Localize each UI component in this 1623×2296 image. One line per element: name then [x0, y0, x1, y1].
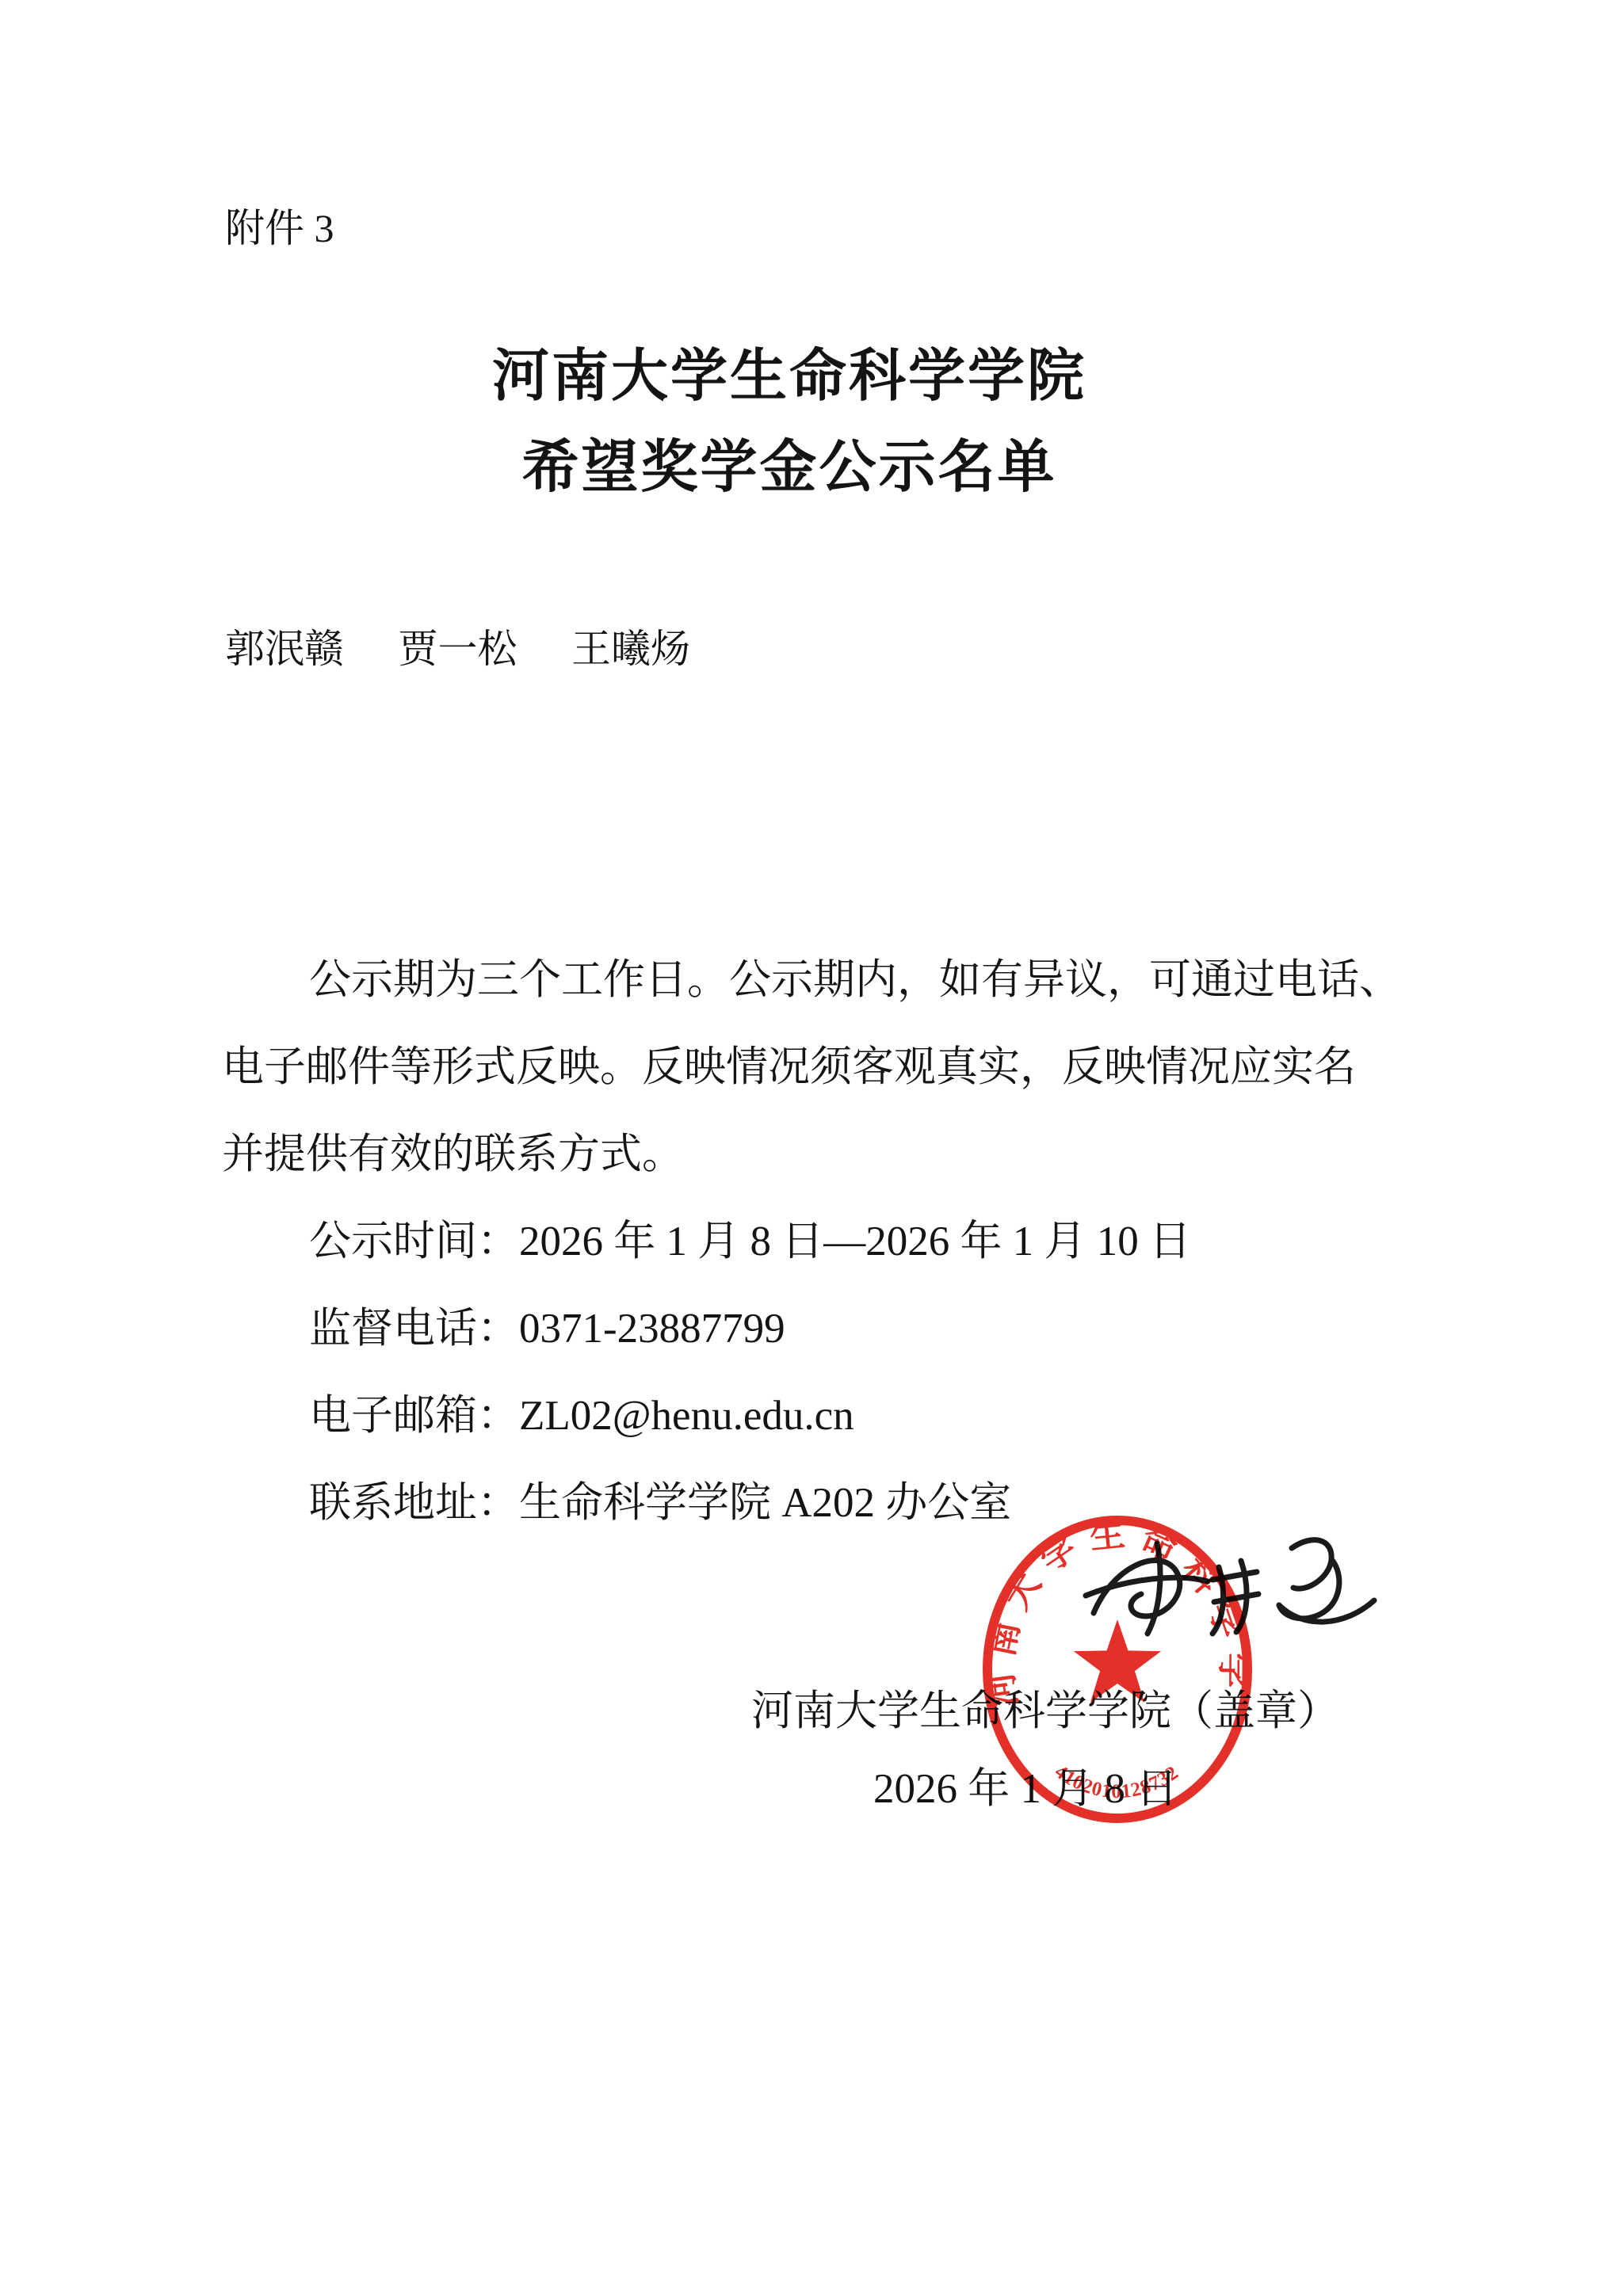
paragraph-line: 并提供有效的联系方式。: [222, 1111, 1419, 1198]
paragraph-line: 公示期为三个工作日。公示期内，如有异议，可通过电话、: [222, 936, 1419, 1024]
awardee-name-list: 郭泯赣 贾一松 王曦炀: [225, 624, 690, 673]
seal-code-text: 4102010128732: [1051, 1761, 1182, 1803]
publicity-period-row: 公示时间：2026 年 1 月 8 日—2026 年 1 月 10 日: [309, 1198, 1191, 1285]
paragraph-line: 电子邮件等形式反映。反映情况须客观真实，反映情况应实名: [222, 1024, 1419, 1111]
email-label: 电子邮箱：: [309, 1393, 519, 1439]
supervision-phone-row: 监督电话：0371-23887799: [309, 1285, 1191, 1372]
email-value: ZL02@henu.edu.cn: [519, 1393, 854, 1439]
contact-info-list: 公示时间：2026 年 1 月 8 日—2026 年 1 月 10 日 监督电话…: [309, 1198, 1191, 1547]
document-page: 附件 3 河南大学生命科学学院 希望奖学金公示名单 郭泯赣 贾一松 王曦炀 公示…: [0, 0, 1623, 2296]
announcement-paragraph: 公示期为三个工作日。公示期内，如有异议，可通过电话、 电子邮件等形式反映。反映情…: [222, 936, 1419, 1198]
title-line-1: 河南大学生命科学学院: [0, 331, 1601, 422]
awardee-name: 贾一松: [399, 627, 517, 671]
document-title: 河南大学生命科学学院 希望奖学金公示名单: [0, 331, 1601, 513]
publicity-period-label: 公示时间：: [309, 1219, 519, 1264]
handwritten-signature: [1079, 1526, 1396, 1669]
address-label: 联系地址：: [309, 1480, 519, 1526]
publicity-period-value: 2026 年 1 月 8 日—2026 年 1 月 10 日: [519, 1219, 1191, 1264]
attachment-label: 附件 3: [225, 204, 334, 252]
supervision-phone-label: 监督电话：: [309, 1306, 519, 1352]
address-value: 生命科学学院 A202 办公室: [519, 1480, 1011, 1526]
email-row: 电子邮箱：ZL02@henu.edu.cn: [309, 1372, 1191, 1459]
awardee-name: 郭泯赣: [225, 627, 344, 671]
awardee-name: 王曦炀: [571, 627, 690, 671]
supervision-phone-value: 0371-23887799: [519, 1306, 785, 1352]
title-line-2: 希望奖学金公示名单: [0, 422, 1601, 513]
